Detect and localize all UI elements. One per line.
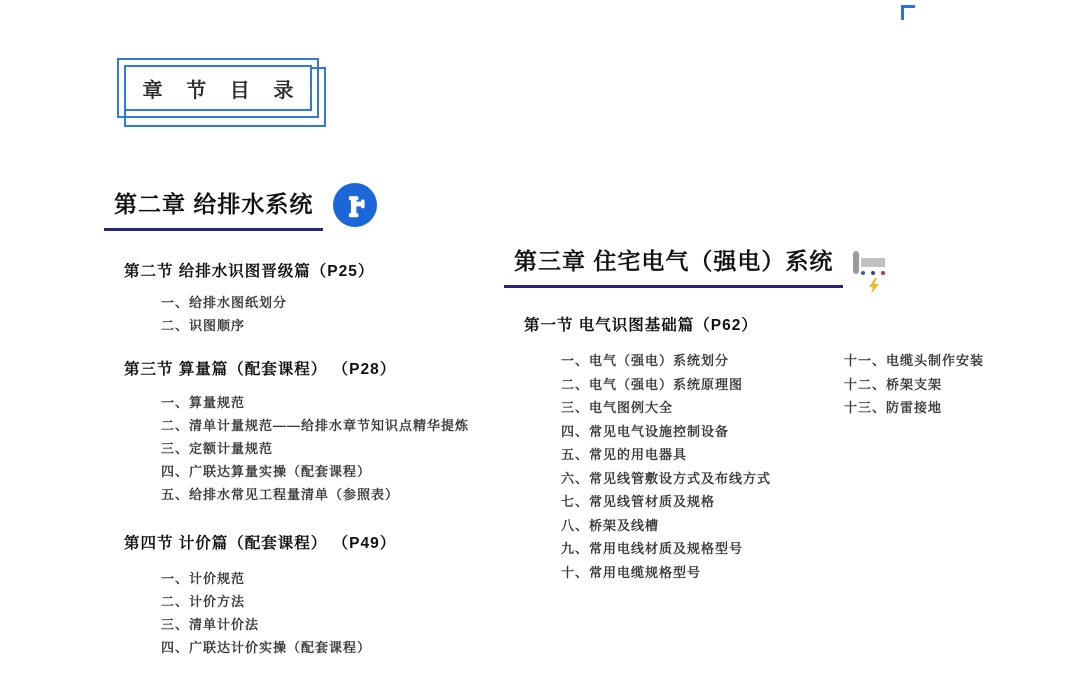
section-title: 第四节 计价篇（配套课程） （P49） — [124, 531, 504, 553]
electric-meter-icon — [853, 254, 859, 272]
section-2-4: 第四节 计价篇（配套课程） （P49） 一、计价规范 二、计价方法 三、清单计价… — [124, 531, 504, 659]
list-item: 十、常用电缆规格型号 — [561, 561, 844, 585]
section-3-1: 第一节 电气识图基础篇（P62） 一、电气（强电）系统划分 二、电气（强电）系统… — [524, 313, 1064, 584]
list-item: 四、广联达算量实操（配套课程） — [161, 460, 504, 483]
section-2-2: 第二节 给排水识图晋级篇（P25） 一、给排水图纸划分 二、识图顺序 — [124, 259, 504, 337]
list-item: 二、电气（强电）系统原理图 — [561, 373, 844, 397]
section-title: 第一节 电气识图基础篇（P62） — [524, 313, 1064, 335]
chapter-2-title: 第二章 给排水系统 — [104, 186, 323, 231]
chapter-toc-box: 章 节 目 录 — [117, 58, 319, 118]
list-item: 四、常见电气设施控制设备 — [561, 420, 844, 444]
list-item: 九、常用电线材质及规格型号 — [561, 537, 844, 561]
chapter-toc-box-inner: 章 节 目 录 — [124, 65, 312, 111]
items-column-left: 一、电气（强电）系统划分 二、电气（强电）系统原理图 三、电气图例大全 四、常见… — [561, 349, 844, 584]
chapter-2-header: 第二章 给排水系统 — [104, 183, 504, 233]
section-title: 第二节 给排水识图晋级篇（P25） — [124, 259, 504, 281]
list-item: 十二、桥架支架 — [844, 373, 984, 397]
list-item: 五、常见的用电器具 — [561, 443, 844, 467]
list-item: 一、电气（强电）系统划分 — [561, 349, 844, 373]
list-item: 二、识图顺序 — [161, 314, 504, 337]
list-item: 一、算量规范 — [161, 391, 504, 414]
faucet-icon — [333, 183, 377, 227]
chapter-3-title: 第三章 住宅电气（强电）系统 — [504, 243, 843, 288]
chapter-3-block: 第三章 住宅电气（强电）系统 第一节 电气识图基础篇（P62） — [504, 243, 1064, 584]
meter-screen — [861, 258, 885, 267]
chapter-2-block: 第二章 给排水系统 第二节 给排水识图晋级篇（P25） — [104, 183, 504, 659]
page-title: 章 节 目 录 — [134, 74, 303, 103]
list-item: 一、计价规范 — [161, 567, 504, 590]
chapter-3-header: 第三章 住宅电气（强电）系统 — [504, 243, 1064, 288]
section-title: 第三节 算量篇（配套课程） （P28） — [124, 357, 504, 379]
lightning-bolt-icon — [868, 278, 880, 299]
list-item: 三、电气图例大全 — [561, 396, 844, 420]
list-item: 八、桥架及线槽 — [561, 514, 844, 538]
list-item: 四、广联达计价实操（配套课程） — [161, 636, 504, 659]
list-item: 六、常见线管敷设方式及布线方式 — [561, 467, 844, 491]
items-column-right: 十一、电缆头制作安装 十二、桥架支架 十三、防雷接地 — [844, 349, 984, 584]
list-item: 七、常见线管材质及规格 — [561, 490, 844, 514]
list-item: 十三、防雷接地 — [844, 396, 984, 420]
corner-mark — [901, 5, 915, 20]
toc-slide: 章 节 目 录 第二章 给排水系统 — [0, 0, 1080, 690]
list-item: 三、清单计价法 — [161, 613, 504, 636]
section-2-3: 第三节 算量篇（配套课程） （P28） 一、算量规范 二、清单计量规范——给排水… — [124, 357, 504, 506]
list-item: 五、给排水常见工程量清单（参照表） — [161, 483, 504, 506]
list-item: 二、计价方法 — [161, 590, 504, 613]
list-item: 一、给排水图纸划分 — [161, 291, 504, 314]
list-item: 二、清单计量规范——给排水章节知识点精华提炼 — [161, 414, 504, 437]
list-item: 三、定额计量规范 — [161, 437, 504, 460]
list-item: 十一、电缆头制作安装 — [844, 349, 984, 373]
